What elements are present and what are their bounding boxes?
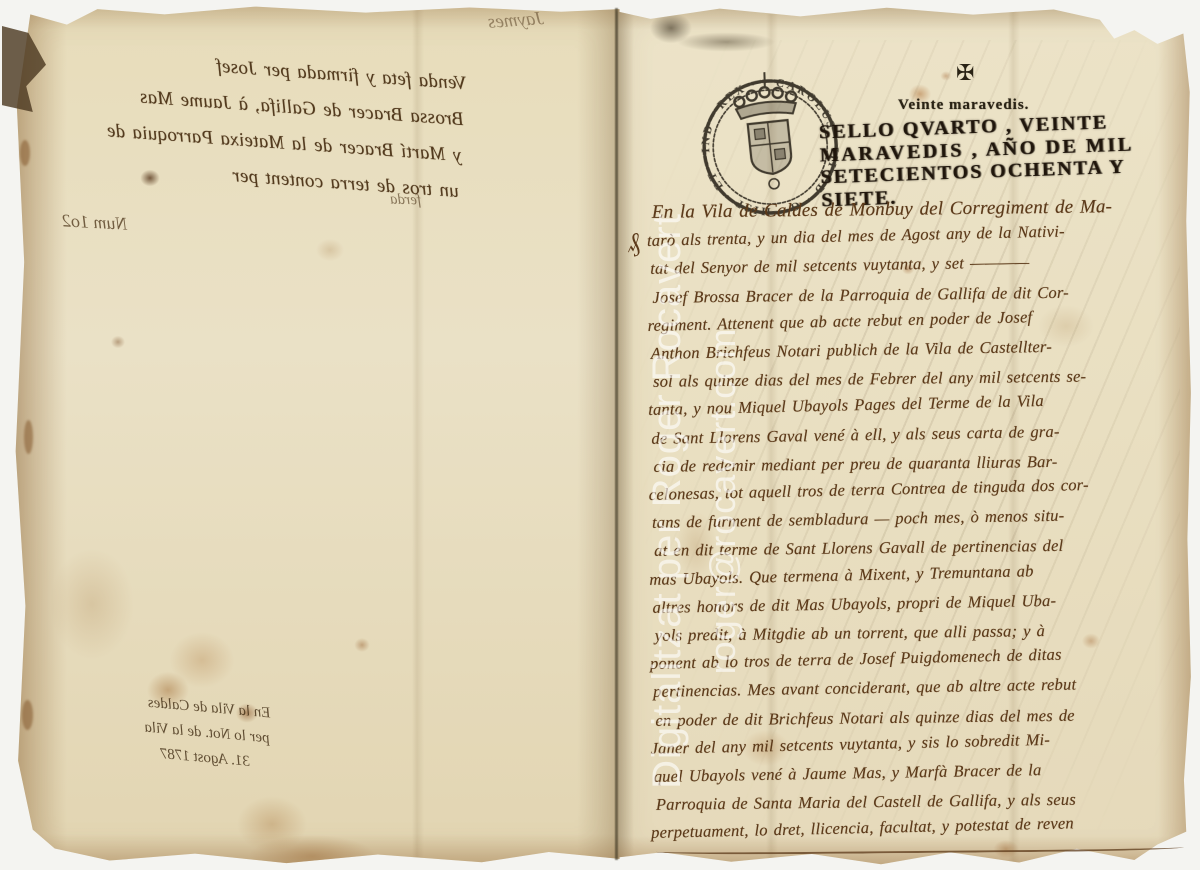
- edge-stain: [20, 140, 30, 166]
- edge-stain: [24, 420, 33, 454]
- watermark-email-line: roger@rocavert.com: [695, 201, 751, 801]
- tax-value-blackletter: Veinte maravedis.: [898, 97, 1029, 114]
- verso-endorsement-note: Venda feta y firmada per JosefBrossa Bra…: [53, 38, 467, 210]
- cross-potent-icon: ✠: [956, 60, 974, 86]
- scanned-document: Venda feta y firmada per JosefBrossa Bra…: [0, 0, 1200, 870]
- watermark-credit-line: Digitalitzat per Roger Rocavert: [639, 201, 695, 801]
- edge-stain: [22, 700, 33, 730]
- verso-scribble: ferda: [390, 191, 422, 209]
- verso-scribble: Jaymes: [487, 8, 544, 34]
- page-fold-gutter: [615, 8, 618, 860]
- verso-scribble: Num 1o2: [61, 210, 128, 234]
- digitisation-watermark: Digitalitzat per Roger Rocavert roger@ro…: [639, 201, 751, 801]
